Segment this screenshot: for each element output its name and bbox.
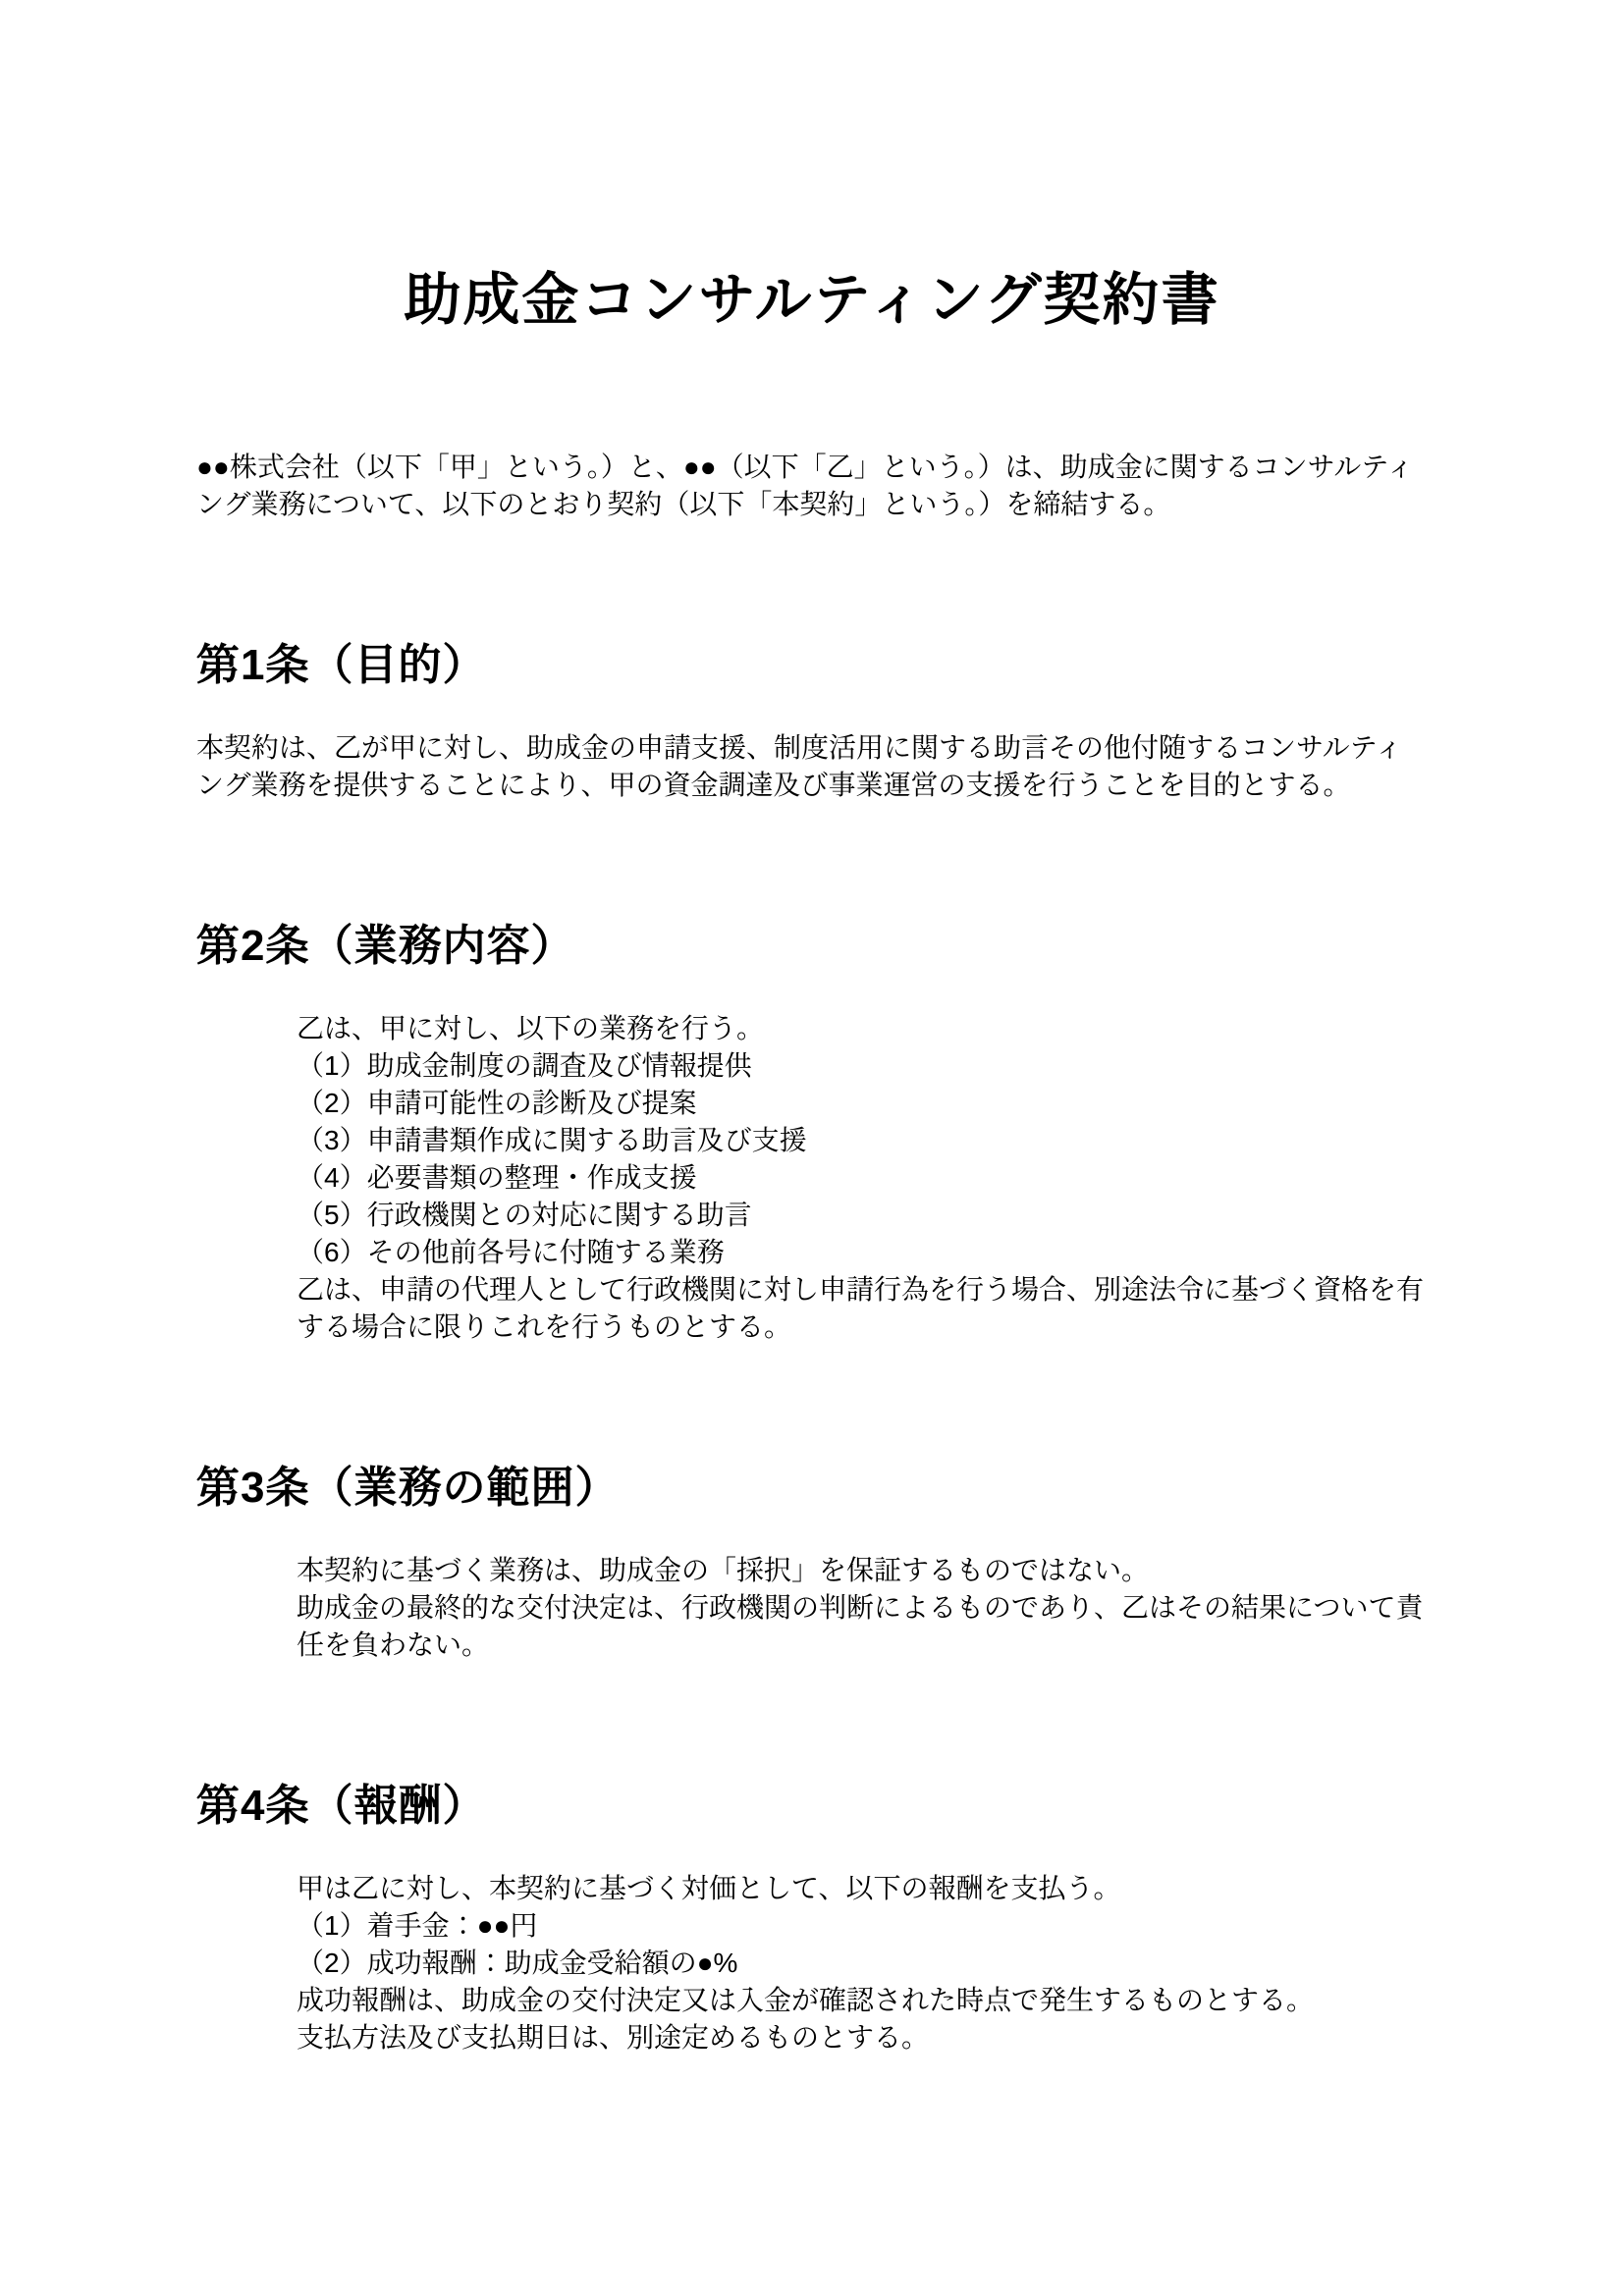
article-1-heading: 第1条（目的） — [196, 639, 1428, 692]
section-article-4: 第4条（報酬） 甲は乙に対し、本契約に基づく対価として、以下の報酬を支払う。 （… — [196, 1780, 1428, 2056]
article-2-list-item-3: （3）申請書類作成に関する助言及び支援 — [297, 1122, 1428, 1159]
section-article-2: 第2条（業務内容） 乙は、甲に対し、以下の業務を行う。 （1）助成金制度の調査及… — [196, 920, 1428, 1346]
section-article-3: 第3条（業務の範囲） 本契約に基づく業務は、助成金の「採択」を保証するものではな… — [196, 1462, 1428, 1664]
article-2-list-item-4: （4）必要書類の整理・作成支援 — [297, 1159, 1428, 1197]
article-2-closing-paragraph: 乙は、申請の代理人として行政機関に対し申請行為を行う場合、別途法令に基づく資格を… — [297, 1271, 1428, 1346]
article-4-body: 甲は乙に対し、本契約に基づく対価として、以下の報酬を支払う。 （1）着手金：●●… — [196, 1870, 1428, 2056]
article-2-list-item-2: （2）申請可能性の診断及び提案 — [297, 1085, 1428, 1122]
article-4-closing-paragraph-2: 支払方法及び支払期日は、別途定めるものとする。 — [297, 2019, 1428, 2056]
article-2-list-item-6: （6）その他前各号に付随する業務 — [297, 1234, 1428, 1271]
contract-document-page: 助成金コンサルティング契約書 ●●株式会社（以下「甲」という。）と、●●（以下「… — [0, 0, 1624, 2296]
section-article-1: 第1条（目的） 本契約は、乙が甲に対し、助成金の申請支援、制度活用に関する助言そ… — [196, 639, 1428, 804]
article-4-list-item-2: （2）成功報酬：助成金受給額の●% — [297, 1945, 1428, 1982]
article-2-body: 乙は、甲に対し、以下の業務を行う。 （1）助成金制度の調査及び情報提供 （2）申… — [196, 1010, 1428, 1346]
article-2-list-item-5: （5）行政機関との対応に関する助言 — [297, 1197, 1428, 1234]
article-1-paragraph: 本契約は、乙が甲に対し、助成金の申請支援、制度活用に関する助言その他付随するコン… — [196, 729, 1428, 804]
article-1-body: 本契約は、乙が甲に対し、助成金の申請支援、制度活用に関する助言その他付随するコン… — [196, 729, 1428, 804]
article-4-list-item-1: （1）着手金：●●円 — [297, 1907, 1428, 1945]
document-title: 助成金コンサルティング契約書 — [196, 265, 1428, 336]
intro-paragraph: ●●株式会社（以下「甲」という。）と、●●（以下「乙」という。）は、助成金に関す… — [196, 449, 1428, 523]
article-3-paragraph-2: 助成金の最終的な交付決定は、行政機関の判断によるものであり、乙はその結果について… — [297, 1589, 1428, 1664]
article-2-paragraph: 乙は、甲に対し、以下の業務を行う。 — [297, 1010, 1428, 1047]
article-3-heading: 第3条（業務の範囲） — [196, 1462, 1428, 1515]
article-4-paragraph: 甲は乙に対し、本契約に基づく対価として、以下の報酬を支払う。 — [297, 1870, 1428, 1907]
article-4-closing-paragraph-1: 成功報酬は、助成金の交付決定又は入金が確認された時点で発生するものとする。 — [297, 1982, 1428, 2019]
article-3-body: 本契約に基づく業務は、助成金の「採択」を保証するものではない。 助成金の最終的な… — [196, 1552, 1428, 1664]
article-2-heading: 第2条（業務内容） — [196, 920, 1428, 973]
article-2-list-item-1: （1）助成金制度の調査及び情報提供 — [297, 1047, 1428, 1085]
article-3-paragraph-1: 本契約に基づく業務は、助成金の「採択」を保証するものではない。 — [297, 1552, 1428, 1589]
article-4-heading: 第4条（報酬） — [196, 1780, 1428, 1833]
